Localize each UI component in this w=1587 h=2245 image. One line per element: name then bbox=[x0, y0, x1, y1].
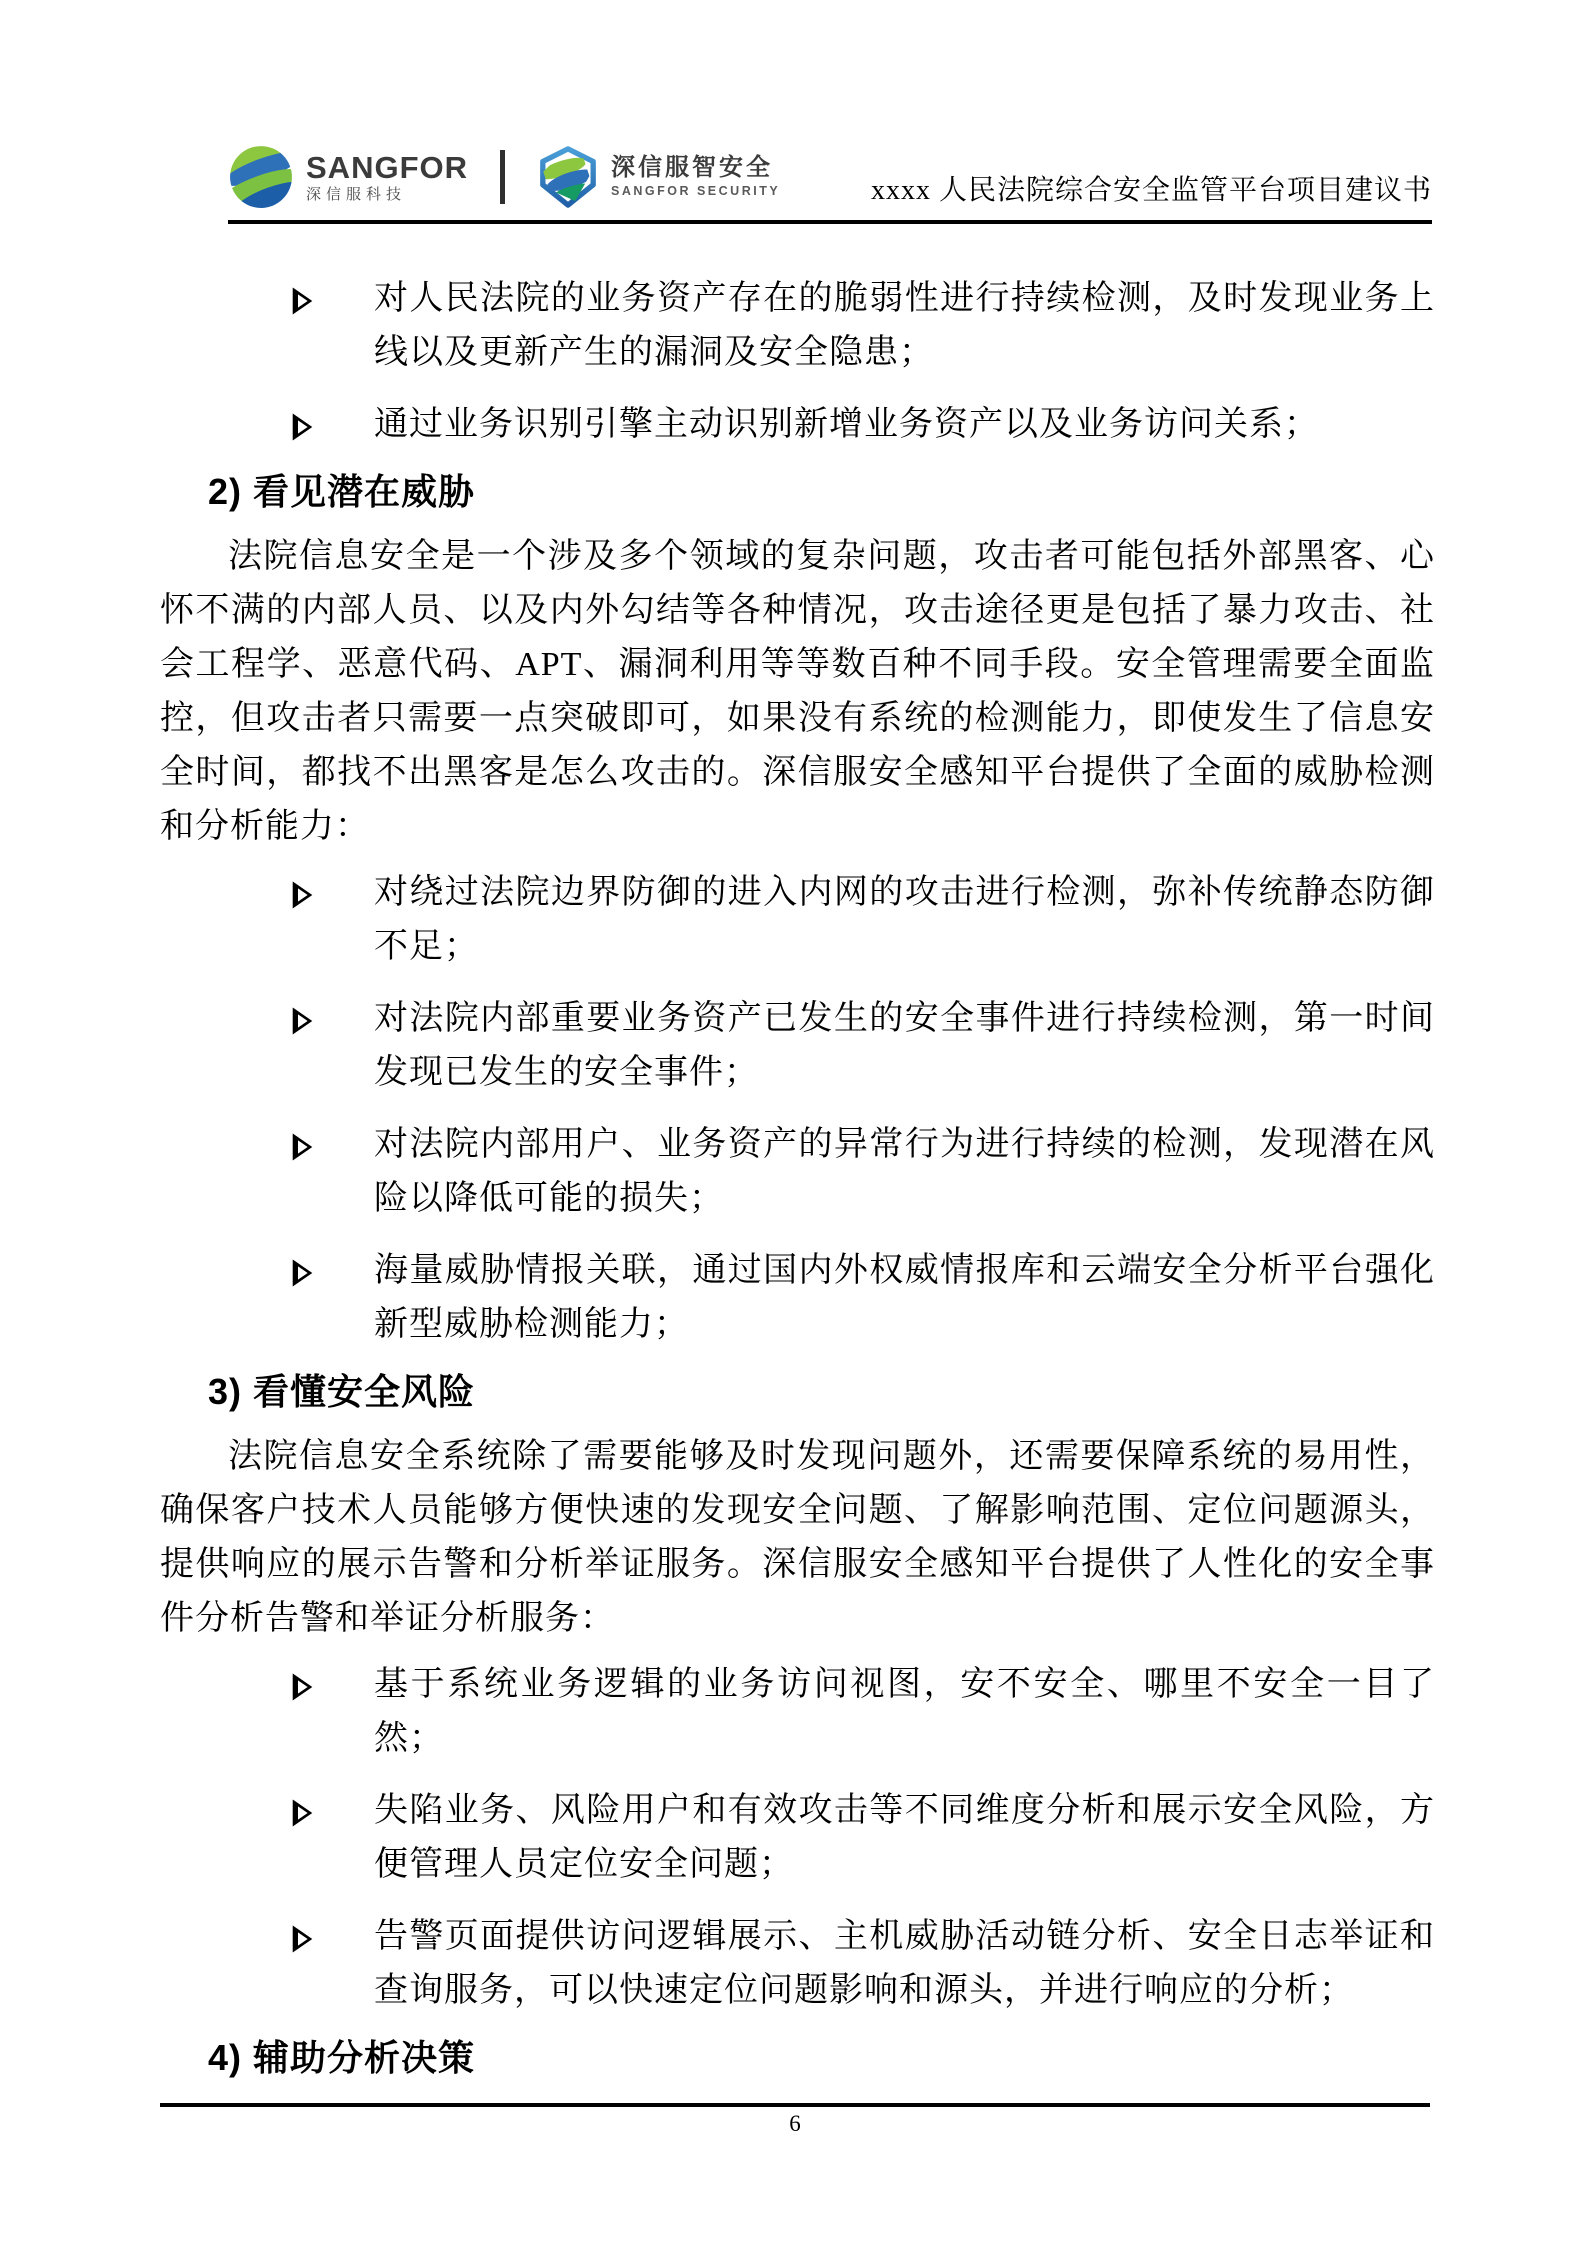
bullet-text: 对法院内部用户、业务资产的异常行为进行持续的检测，发现潜在风险以降低可能的损失； bbox=[374, 1118, 1435, 1226]
bullet-arrow-icon bbox=[290, 272, 374, 380]
bullet-item: 对法院内部重要业务资产已发生的安全事件进行持续检测，第一时间发现已发生的安全事件… bbox=[290, 992, 1435, 1100]
bullet-text: 对法院内部重要业务资产已发生的安全事件进行持续检测，第一时间发现已发生的安全事件… bbox=[374, 992, 1435, 1100]
logo-brand: 深信服智安全 bbox=[611, 156, 780, 180]
sangfor-globe-icon bbox=[228, 144, 294, 210]
section-2-paragraph: 法院信息安全是一个涉及多个领域的复杂问题，攻击者可能包括外部黑客、心怀不满的内部… bbox=[160, 530, 1435, 854]
page-number: 6 bbox=[160, 2109, 1430, 2139]
bullet-text: 通过业务识别引擎主动识别新增业务资产以及业务访问关系； bbox=[374, 398, 1435, 452]
sangfor-security-logo: 深信服智安全 SANGFOR SECURITY bbox=[537, 146, 780, 208]
bullet-text: 告警页面提供访问逻辑展示、主机威胁活动链分析、安全日志举证和查询服务，可以快速定… bbox=[374, 1910, 1435, 2018]
bullet-text: 基于系统业务逻辑的业务访问视图，安不安全、哪里不安全一目了然； bbox=[374, 1658, 1435, 1766]
section-3-paragraph: 法院信息安全系统除了需要能够及时发现问题外，还需要保障系统的易用性，确保客户技术… bbox=[160, 1430, 1435, 1646]
bullet-arrow-icon bbox=[290, 866, 374, 974]
bullet-list-assets: 对人民法院的业务资产存在的脆弱性进行持续检测，及时发现业务上线以及更新产生的漏洞… bbox=[160, 272, 1435, 452]
bullet-text: 对绕过法院边界防御的进入内网的攻击进行检测，弥补传统静态防御不足； bbox=[374, 866, 1435, 974]
bullet-item: 失陷业务、风险用户和有效攻击等不同维度分析和展示安全风险，方便管理人员定位安全问… bbox=[290, 1784, 1435, 1892]
bullet-arrow-icon bbox=[290, 1244, 374, 1352]
sangfor-shield-icon bbox=[537, 146, 599, 208]
logo-subtitle: 深信服科技 bbox=[306, 187, 468, 202]
bullet-text: 失陷业务、风险用户和有效攻击等不同维度分析和展示安全风险，方便管理人员定位安全问… bbox=[374, 1784, 1435, 1892]
bullet-list-threats: 对绕过法院边界防御的进入内网的攻击进行检测，弥补传统静态防御不足； 对法院内部重… bbox=[160, 866, 1435, 1352]
bullet-list-risk: 基于系统业务逻辑的业务访问视图，安不安全、哪里不安全一目了然； 失陷业务、风险用… bbox=[160, 1658, 1435, 2018]
bullet-arrow-icon bbox=[290, 1118, 374, 1226]
bullet-text: 海量威胁情报关联，通过国内外权威情报库和云端安全分析平台强化新型威胁检测能力； bbox=[374, 1244, 1435, 1352]
section-heading-2: 2) 看见潜在威胁 bbox=[208, 470, 1435, 514]
section-heading-4: 4) 辅助分析决策 bbox=[208, 2036, 1435, 2080]
bullet-item: 告警页面提供访问逻辑展示、主机威胁活动链分析、安全日志举证和查询服务，可以快速定… bbox=[290, 1910, 1435, 2018]
bullet-item: 海量威胁情报关联，通过国内外权威情报库和云端安全分析平台强化新型威胁检测能力； bbox=[290, 1244, 1435, 1352]
bullet-arrow-icon bbox=[290, 992, 374, 1100]
bullet-arrow-icon bbox=[290, 398, 374, 452]
sangfor-logo: SANGFOR 深信服科技 bbox=[228, 144, 468, 210]
bullet-item: 对人民法院的业务资产存在的脆弱性进行持续检测，及时发现业务上线以及更新产生的漏洞… bbox=[290, 272, 1435, 380]
bullet-item: 通过业务识别引擎主动识别新增业务资产以及业务访问关系； bbox=[290, 398, 1435, 452]
page-header: SANGFOR 深信服科技 bbox=[228, 144, 1432, 224]
sangfor-security-logo-text: 深信服智安全 SANGFOR SECURITY bbox=[611, 156, 780, 198]
header-logos: SANGFOR 深信服科技 bbox=[228, 144, 780, 210]
bullet-text: 对人民法院的业务资产存在的脆弱性进行持续检测，及时发现业务上线以及更新产生的漏洞… bbox=[374, 272, 1435, 380]
section-heading-3: 3) 看懂安全风险 bbox=[208, 1370, 1435, 1414]
bullet-arrow-icon bbox=[290, 1658, 374, 1766]
bullet-arrow-icon bbox=[290, 1784, 374, 1892]
bullet-item: 对绕过法院边界防御的进入内网的攻击进行检测，弥补传统静态防御不足； bbox=[290, 866, 1435, 974]
logo-divider bbox=[500, 150, 505, 204]
sangfor-logo-text: SANGFOR 深信服科技 bbox=[306, 152, 468, 202]
document-body: 对人民法院的业务资产存在的脆弱性进行持续检测，及时发现业务上线以及更新产生的漏洞… bbox=[160, 272, 1435, 2096]
bullet-item: 基于系统业务逻辑的业务访问视图，安不安全、哪里不安全一目了然； bbox=[290, 1658, 1435, 1766]
page-footer: 6 bbox=[160, 2103, 1430, 2139]
document-header-title: xxxx 人民法院综合安全监管平台项目建议书 bbox=[871, 168, 1432, 210]
document-page: SANGFOR 深信服科技 bbox=[0, 0, 1587, 2245]
logo-subtitle: SANGFOR SECURITY bbox=[611, 185, 780, 198]
logo-brand: SANGFOR bbox=[306, 152, 468, 183]
bullet-item: 对法院内部用户、业务资产的异常行为进行持续的检测，发现潜在风险以降低可能的损失； bbox=[290, 1118, 1435, 1226]
bullet-arrow-icon bbox=[290, 1910, 374, 2018]
